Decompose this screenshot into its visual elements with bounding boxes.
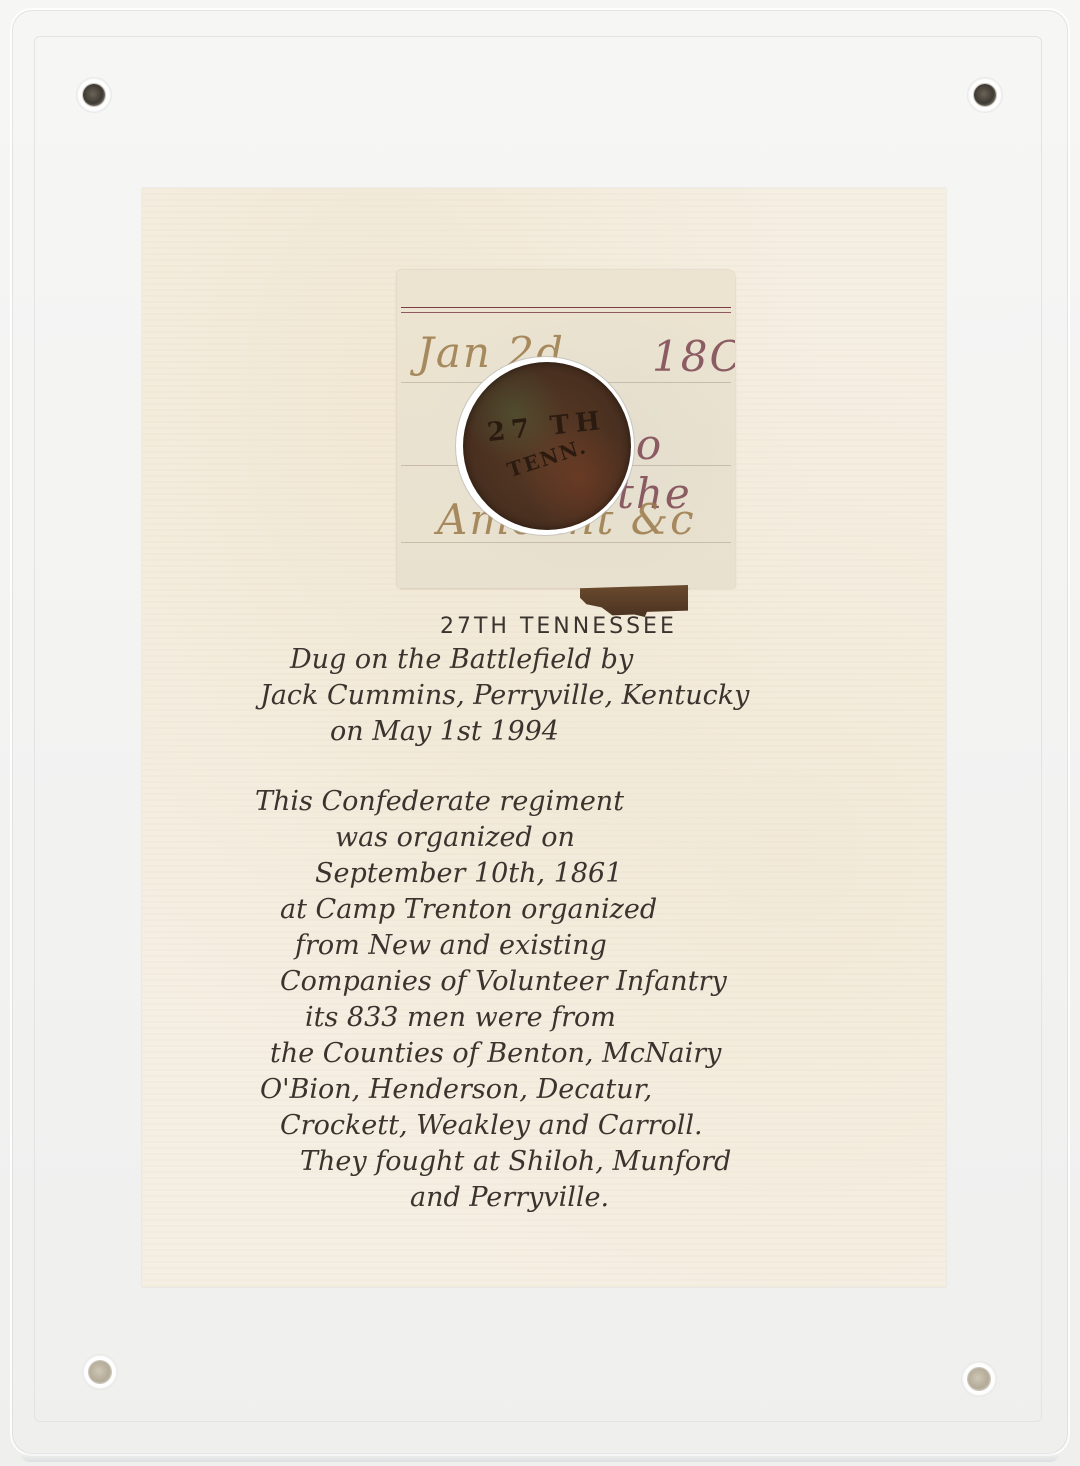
receipt-script-year: 18C bbox=[652, 332, 735, 381]
note-history-line: Companies of Volunteer Infantry bbox=[240, 964, 880, 1000]
screw-top-right-icon bbox=[967, 77, 1003, 113]
regimental-token: 27 TH TENN. bbox=[463, 362, 631, 530]
note-provenance-line: Dug on the Battlefield by bbox=[240, 642, 880, 678]
screw-top-left-icon bbox=[76, 77, 112, 113]
acrylic-display-frame: Jan 2d 18C to the Amount &c 27 TH TENN. … bbox=[0, 0, 1080, 1466]
note-history-line: O'Bion, Henderson, Decatur, bbox=[240, 1072, 880, 1108]
note-history-line: was organized on bbox=[240, 820, 880, 856]
note-history-line: September 10th, 1861 bbox=[240, 856, 880, 892]
note-history-line: the Counties of Benton, McNairy bbox=[240, 1036, 880, 1072]
note-provenance-line: Jack Cummins, Perryville, Kentucky bbox=[240, 678, 880, 714]
note-history-line: and Perryville. bbox=[240, 1180, 880, 1216]
frame-bottom-edge bbox=[20, 1452, 1060, 1462]
note-history-line: at Camp Trenton organized bbox=[240, 892, 880, 928]
note-provenance-line: on May 1st 1994 bbox=[240, 714, 880, 750]
note-history-line: They fought at Shiloh, Munford bbox=[240, 1144, 880, 1180]
note-history-line: its 833 men were from bbox=[240, 1000, 880, 1036]
screw-bottom-left-icon bbox=[82, 1354, 118, 1390]
note-history-line: Crockett, Weakley and Carroll. bbox=[240, 1108, 880, 1144]
screw-bottom-right-icon bbox=[961, 1361, 997, 1397]
note-history-line: from New and existing bbox=[240, 928, 880, 964]
token-stamp-number: 27 TH bbox=[486, 406, 608, 448]
handwritten-note: 27TH TENNESSEE Dug on the Battlefield by… bbox=[240, 612, 880, 1216]
note-title: 27TH TENNESSEE bbox=[240, 612, 880, 642]
note-history-line: This Confederate regiment bbox=[240, 784, 880, 820]
receipt-double-rule bbox=[401, 307, 731, 313]
